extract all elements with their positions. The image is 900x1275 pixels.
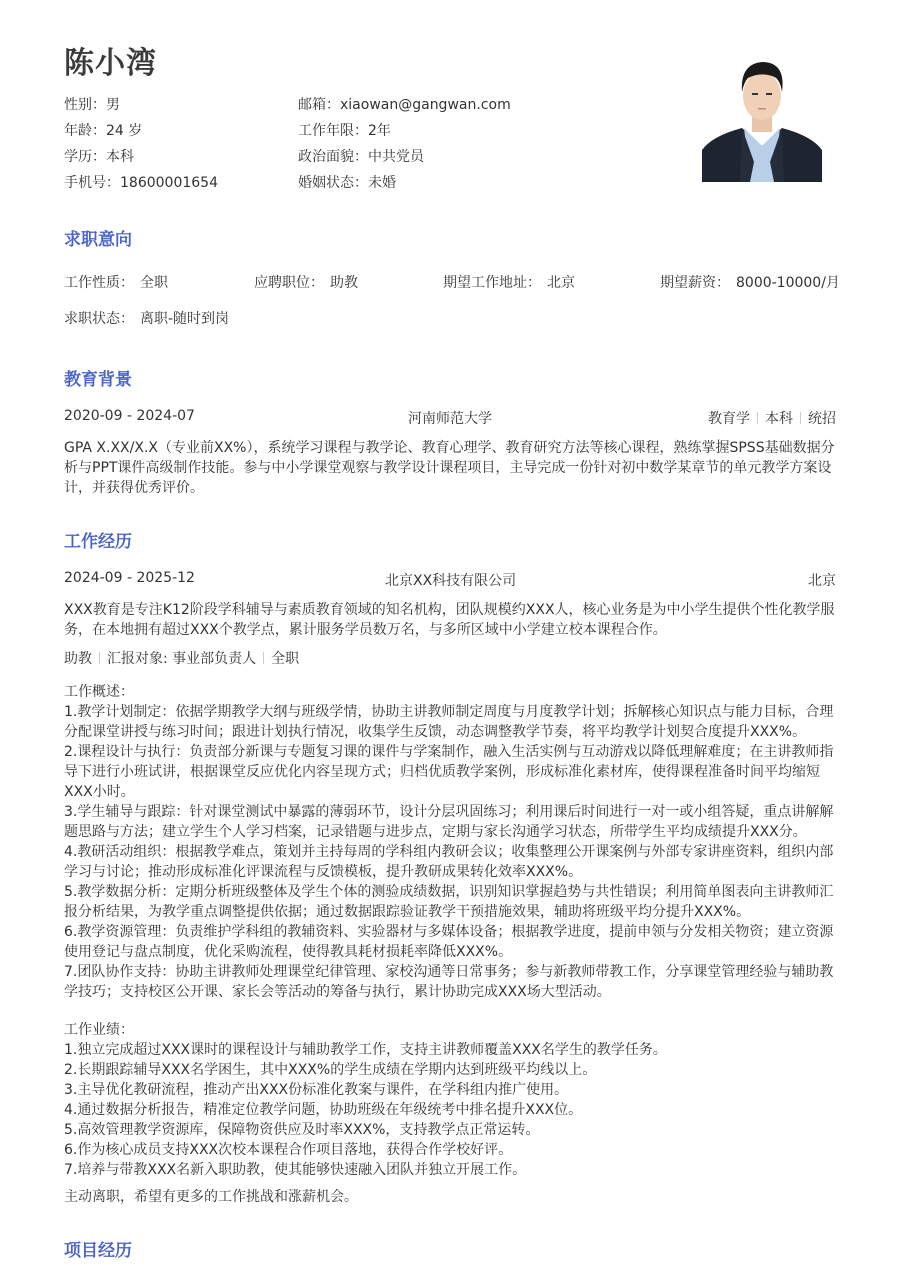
info-row: 手机号：18600001654 婚姻状态：未婚 bbox=[64, 172, 664, 198]
achievement-item: 2.长期跟踪辅导XXX名学困生，其中XXX%的学生成绩在学期内达到班级平均线以上… bbox=[64, 1060, 836, 1080]
overview-item: 7.团队协作支持：协助主讲教师处理课堂纪律管理、家校沟通等日常事务；参与新教师带… bbox=[64, 962, 836, 1002]
job-status-label: 求职状态： bbox=[64, 311, 134, 327]
expected-location-label: 期望工作地址： bbox=[443, 275, 541, 291]
achievement-item: 4.通过数据分析报告，精准定位教学问题，协助班级在年级统考中排名提升XXX位。 bbox=[64, 1100, 836, 1120]
political-value: 中共党员 bbox=[368, 149, 424, 165]
job-status: 求职状态：离职-随时到岗 bbox=[64, 308, 229, 328]
overview-title: 工作概述： bbox=[64, 682, 836, 702]
work-location: 北京 bbox=[808, 570, 836, 590]
separator bbox=[757, 412, 758, 424]
education-description-text: GPA X.XX/X.X（专业前XX%），系统学习课程与教学论、教育心理学、教育… bbox=[64, 438, 836, 498]
leave-reason: 主动离职，希望有更多的工作挑战和涨薪机会。 bbox=[64, 1187, 836, 1207]
education-value: 本科 bbox=[106, 149, 134, 165]
overview-item: 4.教研活动组织：根据教学难点，策划并主持每周的学科组内教研会议；收集整理公开课… bbox=[64, 842, 836, 882]
degree-tag: 本科 bbox=[765, 411, 793, 427]
phone-value: 18600001654 bbox=[120, 175, 218, 191]
age-value: 24 岁 bbox=[106, 123, 142, 139]
expected-salary-value: 8000-10000/月 bbox=[736, 275, 840, 291]
section-title-job-intent: 求职意向 bbox=[64, 225, 132, 250]
candidate-name: 陈小湾 bbox=[64, 38, 157, 82]
school-name: 河南师范大学 bbox=[408, 408, 492, 428]
enrollment-tag: 统招 bbox=[808, 411, 836, 427]
major-tag: 教育学 bbox=[708, 411, 750, 427]
job-type: 工作性质：全职 bbox=[64, 272, 168, 292]
education-tags: 教育学本科统招 bbox=[708, 408, 836, 428]
company-name: 北京XX科技有限公司 bbox=[385, 570, 516, 590]
work-overview: 工作概述： 1.教学计划制定：依据学期教学大纲与班级学情，协助主讲教师制定周度与… bbox=[64, 682, 836, 1002]
achievement-item: 5.高效管理教学资源库，保障物资供应及时率XXX%，支持教学点正常运转。 bbox=[64, 1120, 836, 1140]
leave-reason-text: 主动离职，希望有更多的工作挑战和涨薪机会。 bbox=[64, 1187, 836, 1207]
section-title-work: 工作经历 bbox=[64, 527, 132, 552]
work-tags: 助教汇报对象: 事业部负责人全职 bbox=[64, 648, 299, 668]
email-value: xiaowan@gangwan.com bbox=[340, 97, 511, 113]
marital-label: 婚姻状态： bbox=[298, 175, 368, 191]
work-years-value: 2年 bbox=[368, 123, 391, 139]
personal-info: 性别：男 邮箱：xiaowan@gangwan.com 年龄：24 岁 工作年限… bbox=[64, 94, 664, 198]
company-description: XXX教育是专注K12阶段学科辅导与素质教育领域的知名机构，团队规模约XXX人，… bbox=[64, 600, 836, 640]
overview-item: 1.教学计划制定：依据学期教学大纲与班级学情，协助主讲教师制定周度与月度教学计划… bbox=[64, 702, 836, 742]
overview-item: 3.学生辅导与跟踪：针对课堂测试中暴露的薄弱环节，设计分层巩固练习；利用课后时间… bbox=[64, 802, 836, 842]
age-label: 年龄： bbox=[64, 123, 106, 139]
applied-position-label: 应聘职位： bbox=[254, 275, 324, 291]
info-row: 学历：本科 政治面貌：中共党员 bbox=[64, 146, 664, 172]
achievements-title: 工作业绩： bbox=[64, 1020, 836, 1040]
education-description: GPA X.XX/X.X（专业前XX%），系统学习课程与教学论、教育心理学、教育… bbox=[64, 438, 836, 498]
overview-item: 6.教学资源管理：负责维护学科组的教辅资料、实验器材与多媒体设备；根据教学进度，… bbox=[64, 922, 836, 962]
overview-item: 2.课程设计与执行：负责部分新课与专题复习课的课件与学案制作，融入生活实例与互动… bbox=[64, 742, 836, 802]
info-row: 年龄：24 岁 工作年限：2年 bbox=[64, 120, 664, 146]
gender-value: 男 bbox=[106, 97, 120, 113]
education-label: 学历： bbox=[64, 149, 106, 165]
job-type-label: 工作性质： bbox=[64, 275, 134, 291]
gender-label: 性别： bbox=[64, 97, 106, 113]
info-row: 性别：男 邮箱：xiaowan@gangwan.com bbox=[64, 94, 664, 120]
phone-label: 手机号： bbox=[64, 175, 120, 191]
work-period: 2024-09 - 2025-12 bbox=[64, 570, 195, 586]
separator bbox=[800, 412, 801, 424]
expected-salary-label: 期望薪资： bbox=[660, 275, 730, 291]
job-type-value: 全职 bbox=[140, 275, 168, 291]
section-title-projects: 项目经历 bbox=[64, 1236, 132, 1261]
education-period: 2020-09 - 2024-07 bbox=[64, 408, 195, 424]
expected-salary: 期望薪资：8000-10000/月 bbox=[660, 272, 840, 292]
achievement-item: 7.培养与带教XXX名新入职助教，使其能够快速融入团队并独立开展工作。 bbox=[64, 1160, 836, 1180]
separator bbox=[263, 652, 264, 664]
expected-location-value: 北京 bbox=[547, 275, 575, 291]
overview-item: 5.教学数据分析：定期分析班级整体及学生个体的测验成绩数据，识别知识掌握趋势与共… bbox=[64, 882, 836, 922]
political-label: 政治面貌： bbox=[298, 149, 368, 165]
company-description-text: XXX教育是专注K12阶段学科辅导与素质教育领域的知名机构，团队规模约XXX人，… bbox=[64, 600, 836, 640]
expected-location: 期望工作地址：北京 bbox=[443, 272, 575, 292]
separator bbox=[99, 652, 100, 664]
work-years-label: 工作年限： bbox=[298, 123, 368, 139]
achievement-item: 3.主导优化教研流程，推动产出XXX份标准化教案与课件，在学科组内推广使用。 bbox=[64, 1080, 836, 1100]
applied-position-value: 助教 bbox=[330, 275, 358, 291]
report-to-tag: 汇报对象: 事业部负责人 bbox=[107, 651, 256, 667]
marital-value: 未婚 bbox=[368, 175, 396, 191]
achievement-item: 1.独立完成超过XXX课时的课程设计与辅助教学工作，支持主讲教师覆盖XXX名学生… bbox=[64, 1040, 836, 1060]
employment-type-tag: 全职 bbox=[271, 651, 299, 667]
email-label: 邮箱： bbox=[298, 97, 340, 113]
job-status-value: 离职-随时到岗 bbox=[140, 311, 229, 327]
achievement-item: 6.作为核心成员支持XXX次校本课程合作项目落地，获得合作学校好评。 bbox=[64, 1140, 836, 1160]
role-tag: 助教 bbox=[64, 651, 92, 667]
section-title-education: 教育背景 bbox=[64, 365, 132, 390]
work-achievements: 工作业绩： 1.独立完成超过XXX课时的课程设计与辅助教学工作，支持主讲教师覆盖… bbox=[64, 1020, 836, 1180]
applied-position: 应聘职位：助教 bbox=[254, 272, 358, 292]
avatar-photo bbox=[702, 50, 822, 182]
